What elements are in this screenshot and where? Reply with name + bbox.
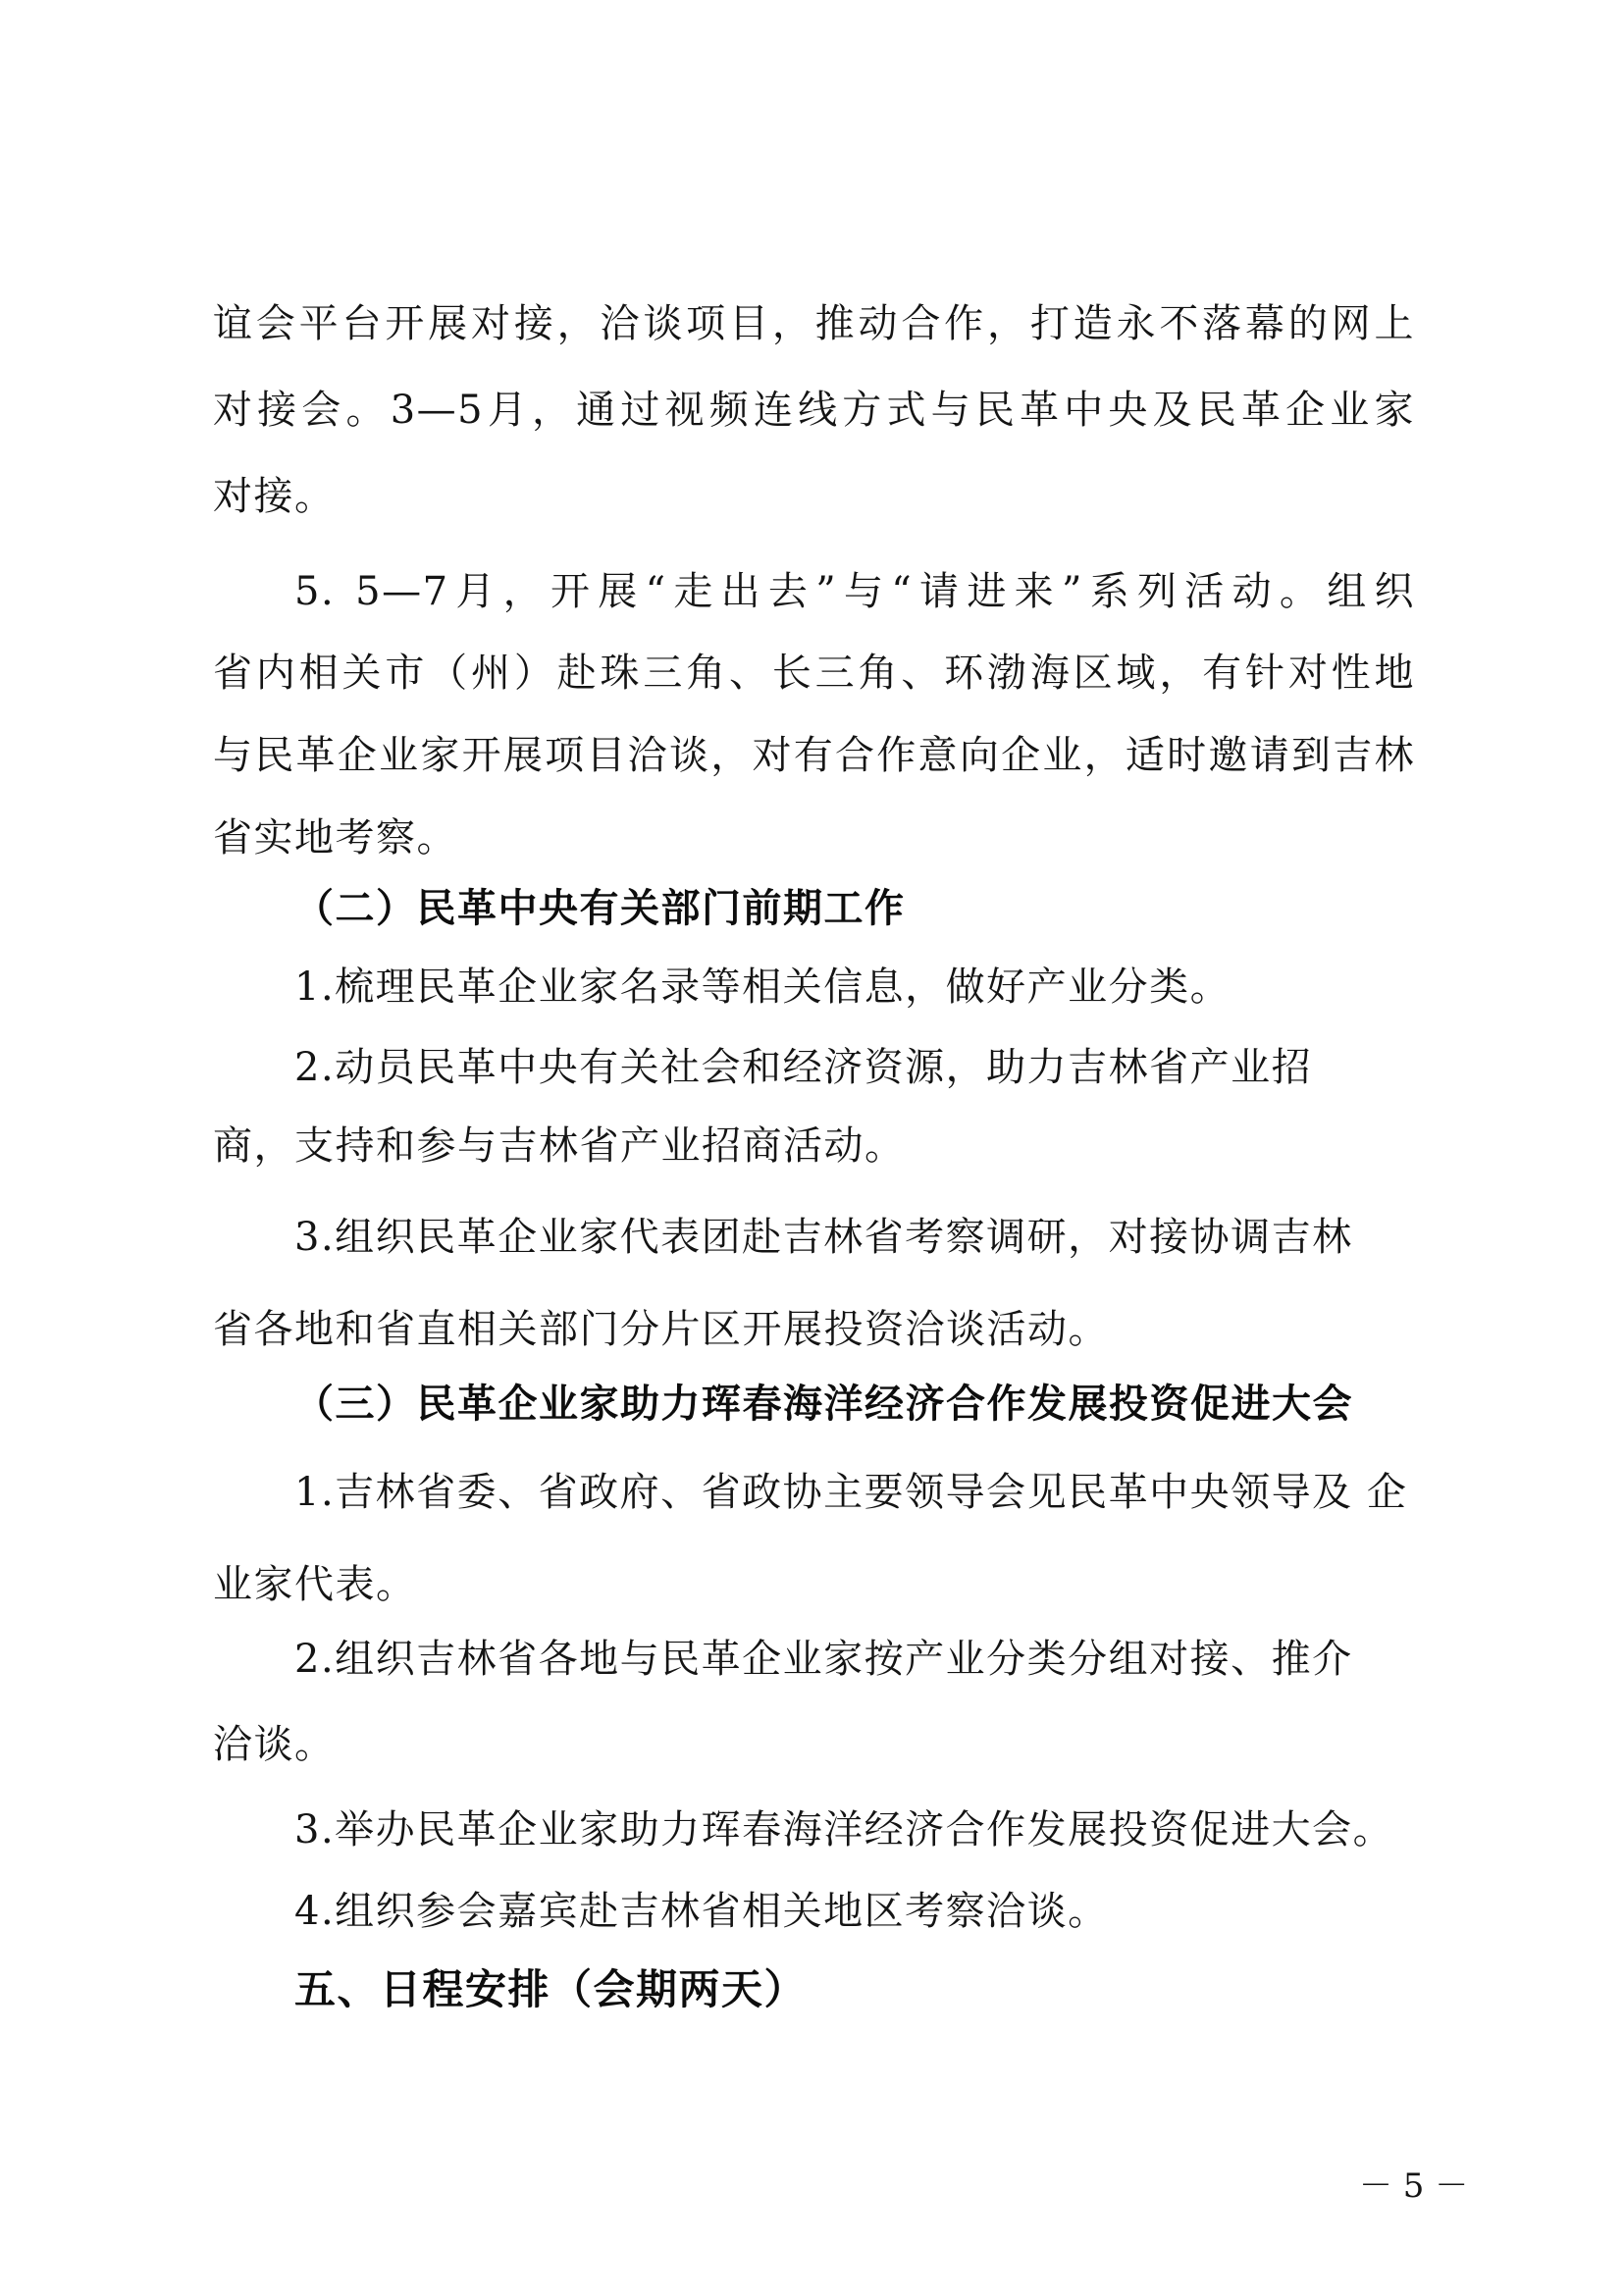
list-item-line: 2.组织吉林省各地与民革企业家按产业分类分组对接、推介 bbox=[294, 1635, 1353, 1684]
paragraph-line: 对接。 bbox=[213, 472, 336, 521]
page-number: － 5 － bbox=[1359, 2166, 1468, 2206]
paragraph-line: 谊会平台开展对接，洽谈项目，推动合作，打造永不落幕的网上 bbox=[213, 299, 1415, 348]
paragraph-line: 业家代表。 bbox=[213, 1560, 417, 1609]
list-item-line: 3.举办民革企业家助力珲春海洋经济合作发展投资促进大会。 bbox=[294, 1805, 1393, 1854]
section-heading-2: （二）民革中央有关部门前期工作 bbox=[294, 884, 906, 933]
paragraph-line: 省实地考察。 bbox=[213, 813, 457, 862]
paragraph-line: 商，支持和参与吉林省产业招商活动。 bbox=[213, 1121, 906, 1171]
chapter-heading-5: 五、日程安排（会期两天） bbox=[294, 1965, 807, 2014]
list-item-line: 4.组织参会嘉宾赴吉林省相关地区考察洽谈。 bbox=[294, 1887, 1109, 1936]
list-item-line: 1.梳理民革企业家名录等相关信息，做好产业分类。 bbox=[294, 963, 1231, 1012]
list-item-line: 1.吉林省委、省政府、省政协主要领导会见民革中央领导及 企 bbox=[294, 1468, 1407, 1517]
list-item-line: 3.组织民革企业家代表团赴吉林省考察调研，对接协调吉林 bbox=[294, 1213, 1353, 1262]
document-page: 谊会平台开展对接，洽谈项目，推动合作，打造永不落幕的网上 对接会。3—5月，通过… bbox=[0, 0, 1624, 2295]
list-item-line: 2.动员民革中央有关社会和经济资源，助力吉林省产业招 bbox=[294, 1043, 1312, 1092]
paragraph-line: 省各地和省直相关部门分片区开展投资洽谈活动。 bbox=[213, 1305, 1109, 1354]
paragraph-line: 对接会。3—5月，通过视频连线方式与民革中央及民革企业家 bbox=[213, 386, 1415, 435]
paragraph-line: 与民革企业家开展项目洽谈，对有合作意向企业，适时邀请到吉林 bbox=[213, 731, 1415, 780]
paragraph-line: 洽谈。 bbox=[213, 1720, 336, 1769]
paragraph-line: 省内相关市（州）赴珠三角、长三角、环渤海区域，有针对性地 bbox=[213, 649, 1415, 698]
list-item-5-line: 5. 5—7月，开展“走出去”与“请进来”系列活动。组织 bbox=[294, 567, 1415, 616]
section-heading-3: （三）民革企业家助力珲春海洋经济合作发展投资促进大会 bbox=[294, 1380, 1353, 1429]
